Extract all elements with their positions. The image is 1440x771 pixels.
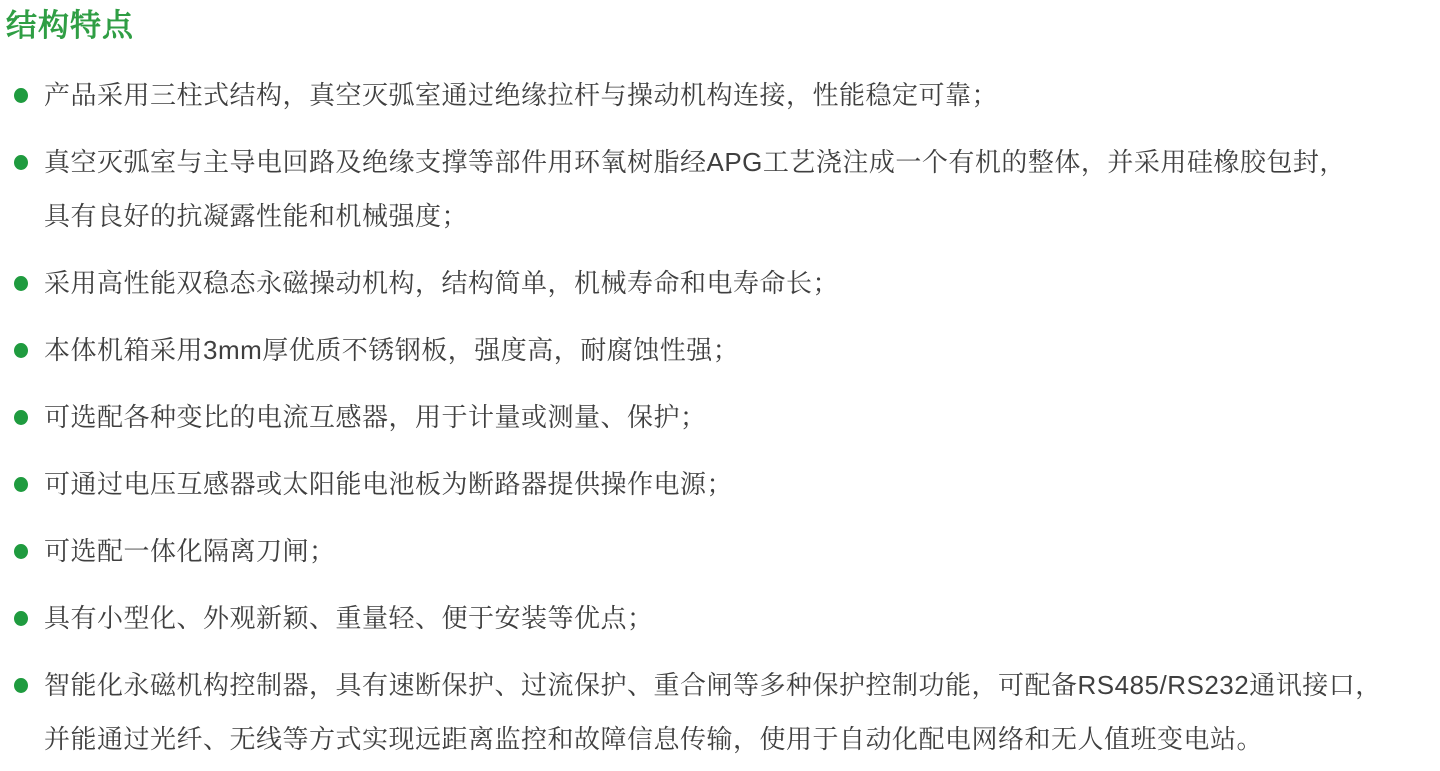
feature-text: 采用高性能双稳态永磁操动机构，结构简单，机械寿命和电寿命长； (44, 256, 839, 310)
list-item: 可通过电压互感器或太阳能电池板为断路器提供操作电源； (14, 457, 1436, 511)
list-item: 采用高性能双稳态永磁操动机构，结构简单，机械寿命和电寿命长； (14, 256, 1436, 310)
feature-list: 产品采用三柱式结构，真空灭弧室通过绝缘拉杆与操动机构连接，性能稳定可靠； 真空灭… (6, 68, 1436, 766)
list-item: 本体机箱采用3mm厚优质不锈钢板，强度高，耐腐蚀性强； (14, 323, 1436, 377)
bullet-dot-icon (14, 678, 28, 693)
bullet-dot-icon (14, 276, 28, 291)
feature-text: 可选配一体化隔离刀闸； (44, 524, 336, 578)
feature-text: 本体机箱采用3mm厚优质不锈钢板，强度高，耐腐蚀性强； (44, 323, 739, 377)
bullet-dot-icon (14, 477, 28, 492)
list-item: 可选配各种变比的电流互感器，用于计量或测量、保护； (14, 390, 1436, 444)
list-item: 可选配一体化隔离刀闸； (14, 524, 1436, 578)
list-item: 产品采用三柱式结构，真空灭弧室通过绝缘拉杆与操动机构连接，性能稳定可靠； (14, 68, 1436, 122)
feature-text: 可选配各种变比的电流互感器，用于计量或测量、保护； (44, 390, 707, 444)
bullet-dot-icon (14, 611, 28, 626)
list-item: 智能化永磁机构控制器，具有速断保护、过流保护、重合闸等多种保护控制功能，可配备R… (14, 658, 1436, 766)
page-title: 结构特点 (6, 6, 1436, 46)
bullet-dot-icon (14, 544, 28, 559)
feature-text: 具有小型化、外观新颖、重量轻、便于安装等优点； (44, 591, 654, 645)
bullet-dot-icon (14, 155, 28, 170)
structural-features-section: 结构特点 产品采用三柱式结构，真空灭弧室通过绝缘拉杆与操动机构连接，性能稳定可靠… (0, 0, 1440, 771)
feature-text: 可通过电压互感器或太阳能电池板为断路器提供操作电源； (44, 457, 733, 511)
feature-text: 真空灭弧室与主导电回路及绝缘支撑等部件用环氧树脂经APG工艺浇注成一个有机的整体… (44, 135, 1346, 243)
bullet-dot-icon (14, 410, 28, 425)
feature-text: 产品采用三柱式结构，真空灭弧室通过绝缘拉杆与操动机构连接，性能稳定可靠； (44, 68, 998, 122)
list-item: 具有小型化、外观新颖、重量轻、便于安装等优点； (14, 591, 1436, 645)
feature-text: 智能化永磁机构控制器，具有速断保护、过流保护、重合闸等多种保护控制功能，可配备R… (44, 658, 1382, 766)
bullet-dot-icon (14, 88, 28, 103)
list-item: 真空灭弧室与主导电回路及绝缘支撑等部件用环氧树脂经APG工艺浇注成一个有机的整体… (14, 135, 1436, 243)
bullet-dot-icon (14, 343, 28, 358)
